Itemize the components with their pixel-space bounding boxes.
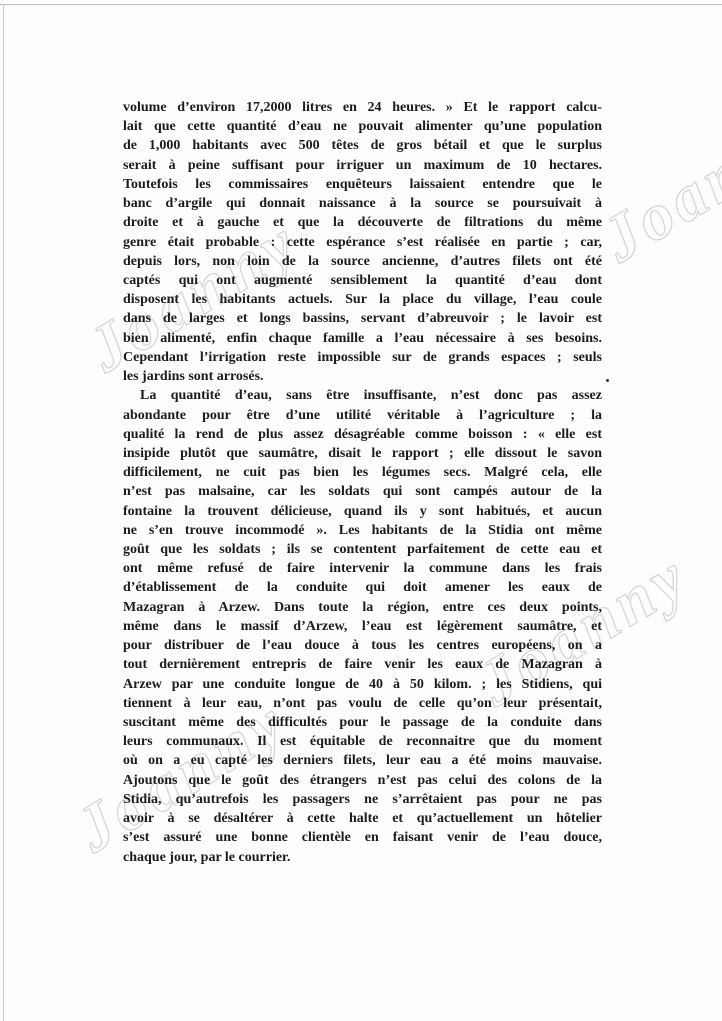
paragraph-quantity-of-water: La quantité d’eau, sans être insuffisant… (123, 386, 602, 866)
text-line: n’est pas malsaine, car les soldats qui … (123, 482, 602, 501)
text-line: avoir à se désaltérer à cette halte et q… (123, 809, 602, 828)
scanned-page: Joanny Joanny Joanny Joanny volume d’env… (0, 0, 722, 1021)
text-line: pour distribuer de l’eau douce à tous le… (123, 636, 602, 655)
text-line: Stidia, qu’autrefois les passagers ne s’… (123, 790, 602, 809)
text-line: ne s’en trouve incommodé ». Les habitant… (123, 521, 602, 540)
text-line: les jardins sont arrosés. (123, 367, 602, 386)
text-line: goût que les soldats ; ils se contentent… (123, 540, 602, 559)
text-line: Toutefois les commissaires enquêteurs la… (123, 175, 602, 194)
text-line: difficilement, ne cuit pas bien les légu… (123, 463, 602, 482)
text-line: tiennent à leur eau, n’ont pas voulu de … (123, 694, 602, 713)
text-line: banc d’argile qui donnait naissance à la… (123, 194, 602, 213)
text-line: ont même refusé de faire intervenir la c… (123, 559, 602, 578)
text-line: depuis lors, non loin de la source ancie… (123, 252, 602, 271)
text-line: même dans le massif d’Arzew, l’eau est l… (123, 617, 602, 636)
text-line: lait que cette quantité d’eau ne pouvait… (123, 117, 602, 136)
text-line: genre était probable : cette espérance s… (123, 233, 602, 252)
text-line: leurs communaux. Il est équitable de rec… (123, 732, 602, 751)
ink-speck (606, 379, 609, 382)
text-line: insipide plutôt que saumâtre, disait le … (123, 444, 602, 463)
text-line: où on a eu capté les derniers filets, le… (123, 751, 602, 770)
text-line: volume d’environ 17,2000 litres en 24 he… (123, 98, 602, 117)
text-line: Ajoutons que le goût des étrangers n’est… (123, 771, 602, 790)
text-line: Mazagran à Arzew. Dans toute la région, … (123, 598, 602, 617)
text-line: Arzew par une conduite longue de 40 à 50… (123, 675, 602, 694)
text-line: abondante pour être d’une utilité vérita… (123, 406, 602, 425)
text-line: disposent les habitants actuels. Sur la … (123, 290, 602, 309)
text-line: chaque jour, par le courrier. (123, 848, 602, 867)
text-line: d’établissement de la conduite qui doit … (123, 578, 602, 597)
paragraph-continuation: volume d’environ 17,2000 litres en 24 he… (123, 98, 602, 386)
text-line: bien alimenté, enfin chaque famille a l’… (123, 329, 602, 348)
text-line: suscitant même des difficultés pour le p… (123, 713, 602, 732)
text-line: droite et à gauche et que la découverte … (123, 213, 602, 232)
text-line: de 1,000 habitants avec 500 têtes de gro… (123, 136, 602, 155)
text-line: qualité la rend de plus assez désagréabl… (123, 425, 602, 444)
text-line: captés qui ont augmenté sensiblement la … (123, 271, 602, 290)
text-line: tout dernièrement entrepris de faire ven… (123, 655, 602, 674)
text-line: dans de larges et longs bassins, servant… (123, 309, 602, 328)
page-edge-left (3, 4, 4, 1021)
text-line: La quantité d’eau, sans être insuffisant… (123, 386, 602, 405)
text-line: s’est assuré une bonne clientèle en fais… (123, 828, 602, 847)
watermark: Joanny (589, 94, 722, 278)
text-line: Cependant l’irrigation reste impossible … (123, 348, 602, 367)
text-block: volume d’environ 17,2000 litres en 24 he… (123, 98, 602, 867)
text-line: fontaine la trouvent délicieuse, quand i… (123, 502, 602, 521)
text-line: serait à peine suffisant pour irriguer u… (123, 156, 602, 175)
page-edge-top (0, 4, 722, 5)
